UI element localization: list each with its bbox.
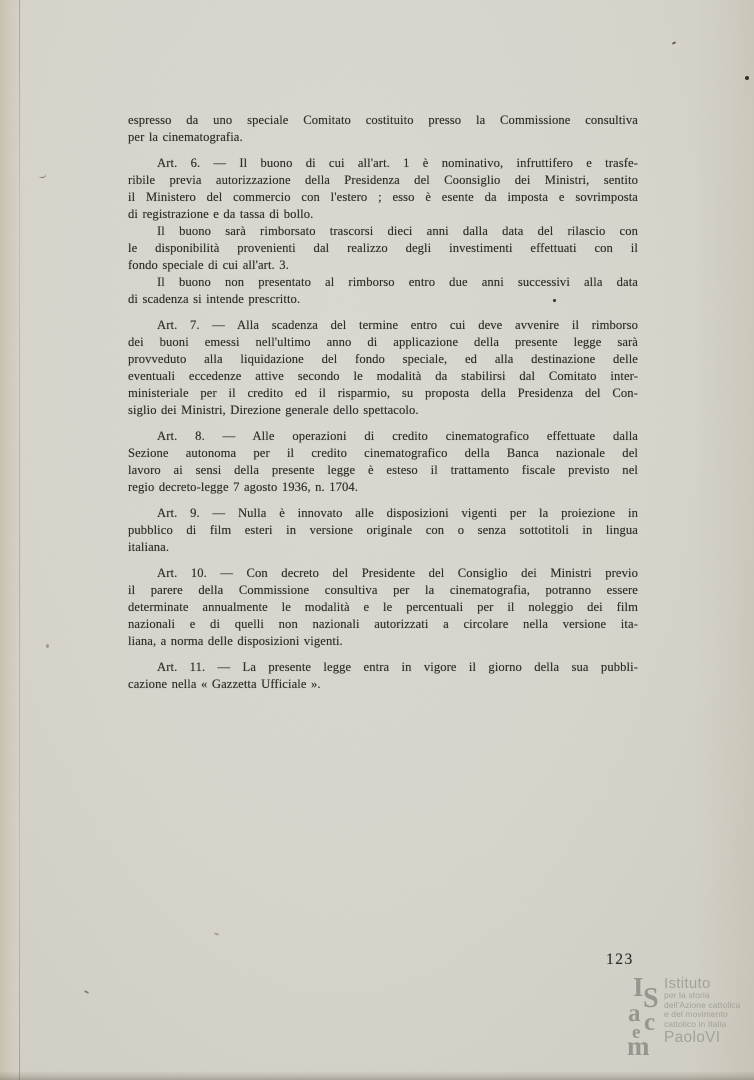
isacem-line-istituto: Istituto: [664, 976, 741, 991]
text-line: il Ministero del commercio con l'estero …: [128, 189, 638, 206]
text-line: di registrazione e da tassa di bollo.: [128, 206, 638, 223]
text-line: il parere della Commissione consultiva p…: [128, 582, 638, 599]
ink-speck: [46, 644, 49, 648]
article-6: Art. 6. — Il buono di cui all'art. 1 è n…: [128, 155, 638, 223]
text-line: liana, a norma delle disposizioni vigent…: [128, 633, 638, 650]
text-line: per la cinematografia.: [128, 129, 638, 146]
text-line: Art. 10. — Con decreto del Presidente de…: [128, 565, 638, 582]
text-line: cazione nella « Gazzetta Ufficiale ».: [128, 676, 638, 693]
text-line: fondo speciale di cui all'art. 3.: [128, 257, 638, 274]
text-line: determinate annualmente le modalità e le…: [128, 599, 638, 616]
page-bottom-shadow: [0, 1071, 754, 1080]
text-line: provveduto alla liquidazione del fondo s…: [128, 351, 638, 368]
isacem-letter-m: m: [627, 1033, 650, 1060]
ink-speck: [214, 932, 219, 936]
text-line: pubblico di film esteri in versione orig…: [128, 522, 638, 539]
isacem-logo-letters: I S a c e m: [627, 975, 660, 1063]
text-line: espresso da uno speciale Comitato costit…: [128, 112, 638, 129]
page-fold-line: [19, 0, 20, 1080]
ink-speck: [84, 990, 89, 994]
text-line: Sezione autonoma per il credito cinemato…: [128, 445, 638, 462]
text-line: le disponibilità provenienti dal realizz…: [128, 240, 638, 257]
text-line: nazionali e di quelli non nazionali auto…: [128, 616, 638, 633]
ink-speck: [745, 76, 749, 80]
ink-speck: [38, 171, 46, 179]
article-6-paragraph-3: Il buono non presentato al rimborso entr…: [128, 274, 638, 308]
text-line: italiana.: [128, 539, 638, 556]
ink-speck: [672, 41, 676, 45]
text-line: Il buono non presentato al rimborso entr…: [128, 274, 638, 291]
isacem-letter-i: I: [633, 974, 644, 1001]
text-line: dei buoni emessi nell'ultimo anno di app…: [128, 334, 638, 351]
stray-ink-dot: [553, 299, 556, 302]
paragraph-continuation: espresso da uno speciale Comitato costit…: [128, 112, 638, 146]
isacem-watermark: I S a c e m Istituto per la storia dell'…: [627, 975, 754, 1063]
text-line: siglio dei Ministri, Direzione generale …: [128, 402, 638, 419]
article-8: Art. 8. — Alle operazioni di credito cin…: [128, 428, 638, 496]
article-10: Art. 10. — Con decreto del Presidente de…: [128, 565, 638, 650]
isacem-text-block: Istituto per la storia dell'Azione catto…: [664, 976, 741, 1046]
article-9: Art. 9. — Nulla è innovato alle disposiz…: [128, 505, 638, 556]
text-line: regio decreto-legge 7 agosto 1936, n. 17…: [128, 479, 638, 496]
text-line: Art. 9. — Nulla è innovato alle disposiz…: [128, 505, 638, 522]
text-line: ministeriale per il credito ed il rispar…: [128, 385, 638, 402]
isacem-line-italia: cattolico in Italia: [664, 1020, 741, 1030]
article-7: Art. 7. — Alla scadenza del termine entr…: [128, 317, 638, 419]
text-line: lavoro ai sensi della presente legge è e…: [128, 462, 638, 479]
page-number: 123: [606, 951, 634, 969]
text-line: Art. 6. — Il buono di cui all'art. 1 è n…: [128, 155, 638, 172]
text-line: Art. 7. — Alla scadenza del termine entr…: [128, 317, 638, 334]
article-11: Art. 11. — La presente legge entra in vi…: [128, 659, 638, 693]
isacem-line-paolovi: PaoloVI: [664, 1029, 741, 1046]
text-line: di scadenza si intende prescritto.: [128, 291, 638, 308]
page-right-shading: [694, 0, 754, 1080]
text-line: Il buono sarà rimborsato trascorsi dieci…: [128, 223, 638, 240]
scanned-book-page: espresso da uno speciale Comitato costit…: [0, 0, 754, 1080]
text-line: Art. 8. — Alle operazioni di credito cin…: [128, 428, 638, 445]
text-line: ribile previa autorizzazione della Presi…: [128, 172, 638, 189]
text-line: Art. 11. — La presente legge entra in vi…: [128, 659, 638, 676]
page-text-block: espresso da uno speciale Comitato costit…: [128, 112, 638, 693]
article-6-paragraph-2: Il buono sarà rimborsato trascorsi dieci…: [128, 223, 638, 274]
text-line: eventuali eccedenze attive secondo le mo…: [128, 368, 638, 385]
